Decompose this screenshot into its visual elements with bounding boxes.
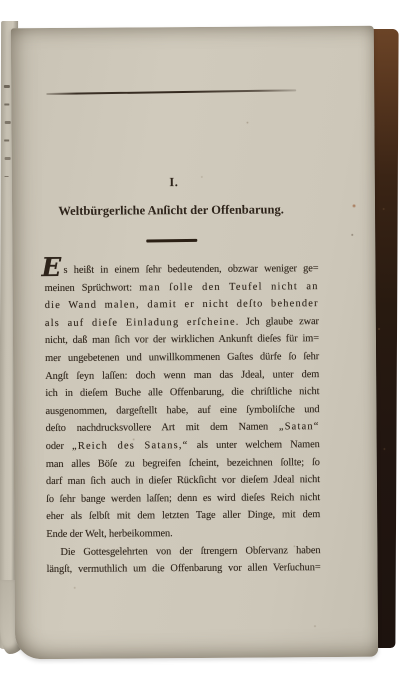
text-segment: darf man ſich auch in dieſer Rückſicht v…: [46, 474, 320, 487]
letterspaced-text: „Satan“: [279, 421, 320, 432]
text-line: Ende der Welt, herbeikommen.: [46, 524, 320, 544]
text-segment: man alles Böſe zu begreifen ſcheint, bez…: [46, 457, 320, 470]
text-line: längſt, vermuthlich um die Offenbarung v…: [47, 559, 321, 579]
text-segment: ſo ſehr bange werden laſſen; denn es wir…: [46, 492, 320, 505]
text-line: man alles Böſe zu begreifen ſcheint, bez…: [46, 454, 320, 474]
letterspaced-text: als auf dieſe Einladung erſcheine.: [45, 316, 240, 328]
drop-cap-initial: E: [41, 255, 61, 281]
text-segment: längſt, vermuthlich um die Offenbarung v…: [47, 562, 321, 575]
book-page: I. Weltbürgerliche Anſicht der Offenbaru…: [11, 26, 378, 660]
text-line: nicht, daß man ſich vor der wirklichen A…: [45, 331, 319, 351]
letterspaced-text: „Reich des Satans,“: [72, 440, 189, 452]
text-segment: eher als ſelbſt mit dem letzten Tage all…: [46, 509, 320, 522]
text-line: die Wand malen, damit er nicht deſto beh…: [45, 295, 319, 315]
text-segment: mer ungebetenen und unwillkommenen Gaſte…: [45, 351, 319, 364]
text-segment: s heißt in einem ſehr bedeutenden, obzwa…: [63, 263, 318, 276]
text-line: meinen Sprüchwort: man ſolle den Teufel …: [45, 278, 319, 298]
text-line: eher als ſelbſt mit dem letzten Tage all…: [46, 506, 320, 526]
text-line: mer ungebetenen und unwillkommenen Gaſte…: [45, 348, 319, 368]
section-divider-rule: [146, 239, 197, 243]
text-segment: oder: [46, 441, 72, 452]
letterspaced-text: die Wand malen, damit er nicht deſto beh…: [45, 298, 319, 311]
text-line: als auf dieſe Einladung erſcheine. Jch g…: [45, 313, 319, 333]
book-photo: I. Weltbürgerliche Anſicht der Offenbaru…: [0, 0, 404, 700]
text-segment: meinen Sprüchwort:: [45, 282, 140, 294]
text-line: s heißt in einem ſehr bedeutenden, obzwa…: [44, 260, 318, 280]
adjacent-page-text-marks: [4, 85, 10, 88]
text-segment: Angſt ſeyn laſſen: doch wenn man das Jde…: [45, 369, 319, 382]
text-segment: ausgenommen, dargeſtellt habe, auf eine …: [45, 404, 319, 417]
letterspaced-text: man ſolle den Teufel nicht an: [139, 281, 318, 293]
text-line: Die Gottesgelehrten von der ſtrengern Ob…: [46, 542, 320, 562]
text-line: darf man ſich auch in dieſer Rückſicht v…: [46, 471, 320, 491]
page-header-rule: [46, 89, 296, 95]
text-segment: nicht, daß man ſich vor der wirklichen A…: [45, 334, 319, 347]
text-line: ſo ſehr bange werden laſſen; denn es wir…: [46, 489, 320, 509]
text-line: oder „Reich des Satans,“ als unter welch…: [46, 436, 320, 456]
text-line: ausgenommen, dargeſtellt habe, auf eine …: [45, 401, 319, 421]
body-text: E s heißt in einem ſehr bedeutenden, obz…: [44, 260, 320, 579]
text-segment: ich in dieſem Buche alle Offenbarung, di…: [45, 386, 319, 399]
chapter-number: I.: [24, 174, 324, 191]
text-line: ich in dieſem Buche alle Offenbarung, di…: [45, 383, 319, 403]
chapter-title: Weltbürgerliche Anſicht der Offenbarung.: [21, 202, 321, 219]
text-segment: als unter welchem Namen: [188, 439, 319, 451]
text-line: Angſt ſeyn laſſen: doch wenn man das Jde…: [45, 366, 319, 386]
text-line: deſto nachdrucksvollere Art mit dem Name…: [46, 418, 320, 438]
text-segment: Jch glaube zwar: [240, 316, 319, 328]
text-segment: Die Gottesgelehrten von der ſtrengern Ob…: [60, 545, 320, 558]
text-segment: Ende der Welt, herbeikommen.: [46, 528, 172, 540]
text-segment: deſto nachdrucksvollere Art mit dem Name…: [46, 422, 279, 435]
